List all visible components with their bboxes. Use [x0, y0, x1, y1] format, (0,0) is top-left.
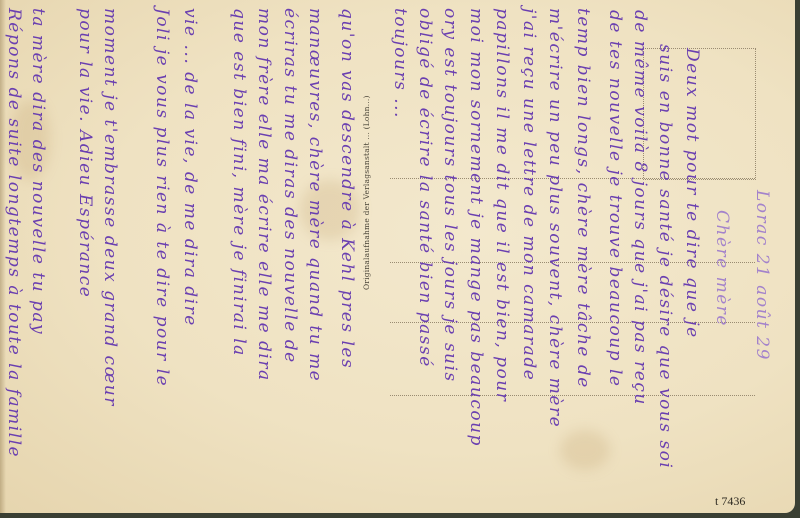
- message-line: ta mère dira des nouvelle tu pay: [28, 8, 48, 335]
- printed-publisher-credit: Originalaufnahme der Verlagsanstalt ... …: [362, 95, 371, 290]
- message-line: manœuvres, chère mère quand tu me: [305, 8, 325, 382]
- message-line: que est bien fini, mère je finirai la: [229, 8, 249, 357]
- message-line: temp bien longs, chère mère tâche de: [573, 8, 593, 389]
- message-line: de tes nouvelle je trouve beaucoup le: [605, 10, 625, 387]
- message-line: Deux mot pour te dire que je: [682, 48, 702, 339]
- message-line: moi mon sornement je mange pas beaucoup: [466, 8, 486, 447]
- message-line: m'écrire un peu plus souvent, chère mère: [545, 8, 565, 428]
- postcard-back: Originalaufnahme der Verlagsanstalt ... …: [0, 0, 795, 513]
- message-line: qu'on vas descendre à Kehl pres les: [337, 8, 357, 369]
- message-line: papillons il me dit que il est bien, pou…: [492, 8, 512, 402]
- message-line: pour la vie. Adieu Espérance: [75, 8, 95, 298]
- message-line: Répons de suite longtemps à toute la fam…: [4, 8, 24, 458]
- message-line: ory est toujours tous les jours je suis: [440, 8, 460, 383]
- message-line: Joli je vous plus rien à te dire pour le: [152, 8, 172, 387]
- message-line: moment je t'embrasse deux grand cœur: [100, 8, 120, 407]
- message-line: de même voilà 8 jours que j'ai pas reçu: [630, 10, 650, 406]
- message-line: obligé de écrire la santé bien passé: [415, 8, 435, 368]
- serial-number: t 7436: [715, 494, 745, 509]
- message-line: vie ... de la vie, de me dira dire: [180, 8, 200, 327]
- message-line: écriras tu me diras des nouvelle de: [280, 8, 300, 364]
- message-line: suis en bonne santé je désire que vous s…: [655, 44, 675, 469]
- message-line: mon frère elle ma écrire elle me dira: [254, 8, 274, 382]
- paper-stain: [560, 430, 610, 470]
- message-line: j'ai reçu une lettre de mon camarade: [519, 8, 539, 381]
- address-line: [390, 395, 755, 396]
- message-line: toujours ...: [390, 8, 410, 119]
- greeting-line: Chère mère: [712, 210, 732, 327]
- date-line: Lorac 21 août 29: [752, 190, 772, 361]
